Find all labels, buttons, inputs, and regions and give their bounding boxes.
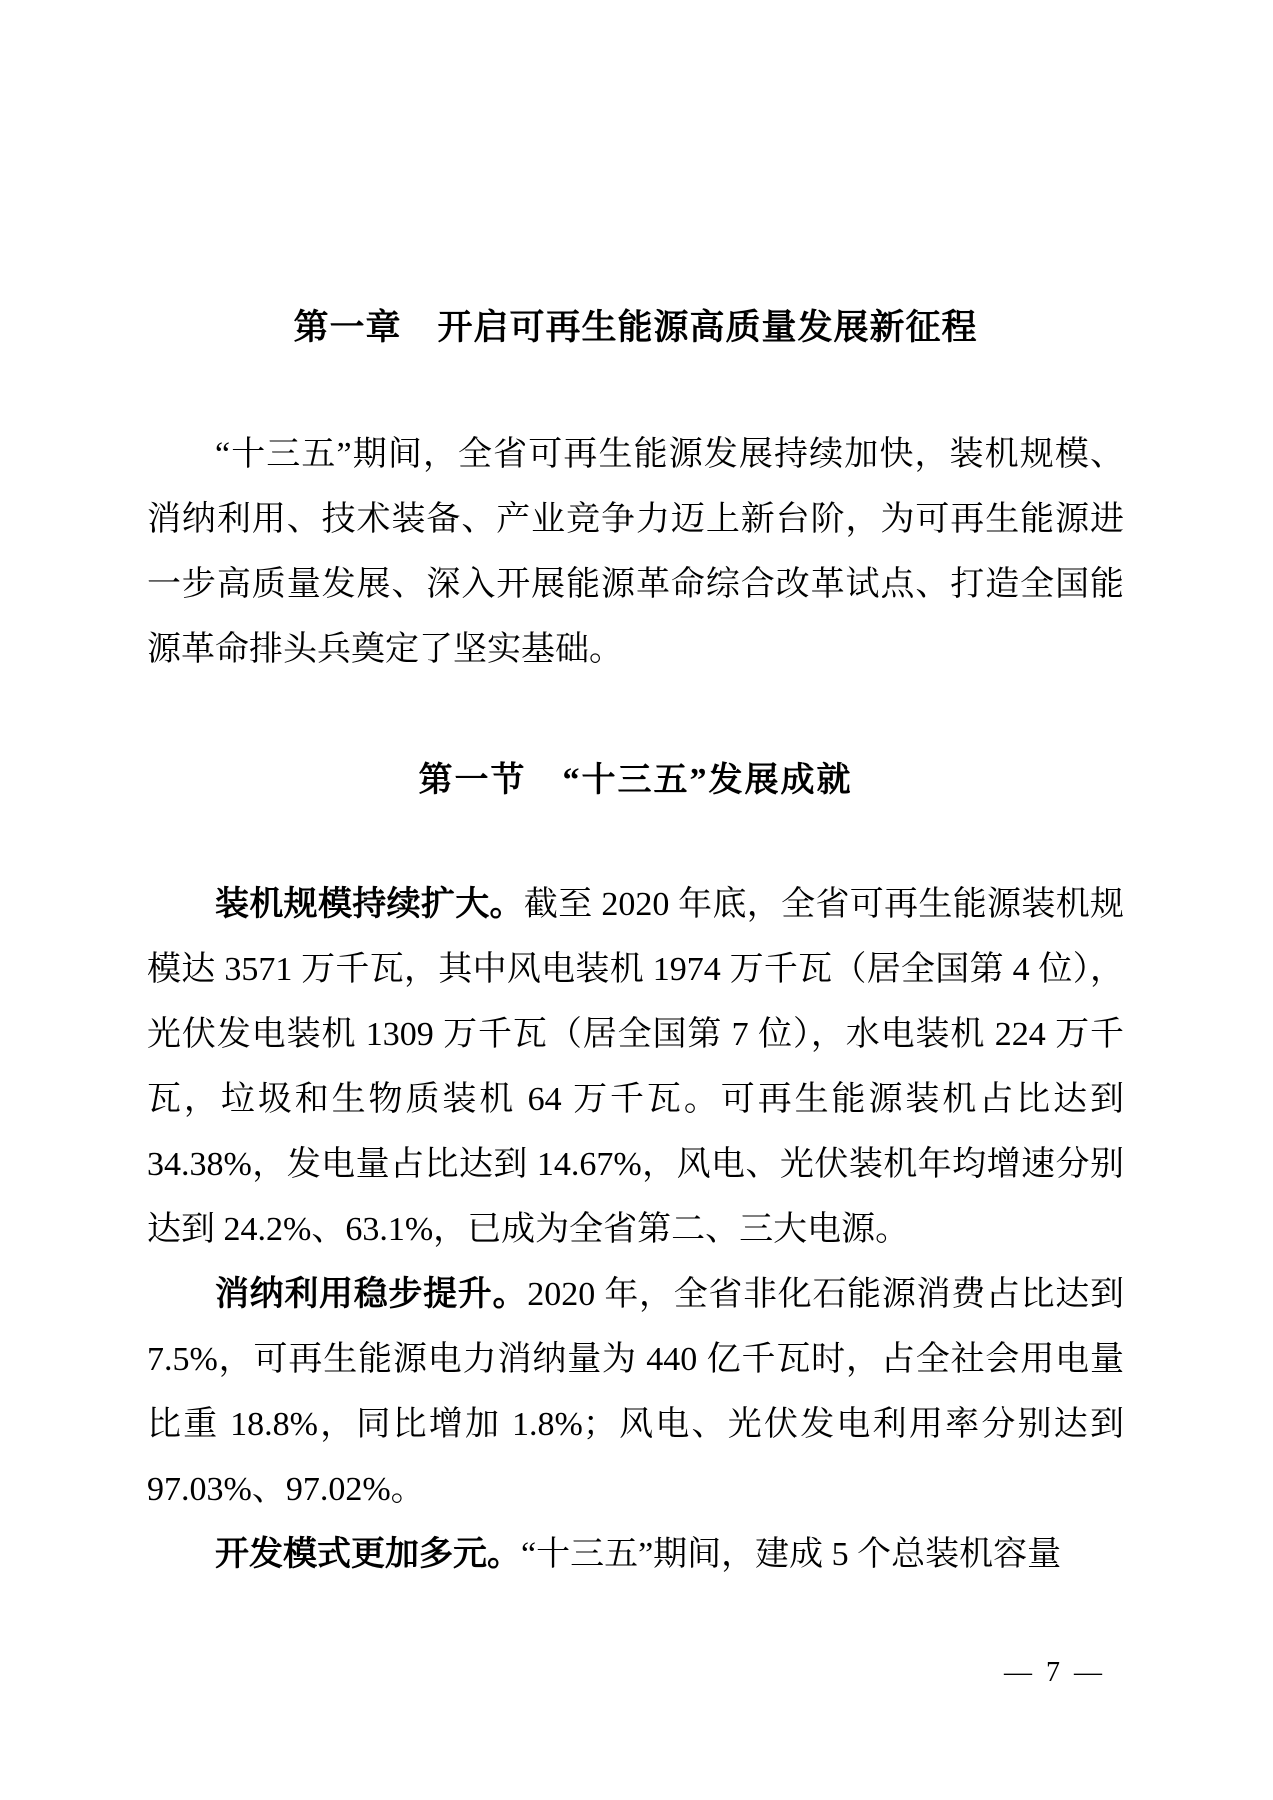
paragraph-lead: 开发模式更加多元。 [215,1535,521,1573]
paragraph-installed-capacity: 装机规模持续扩大。截至 2020 年底，全省可再生能源装机规模达 3571 万千… [147,872,1124,1262]
chapter-title: 第一章 开启可再生能源高质量发展新征程 [147,303,1124,353]
paragraph-text: “十三五”期间，建成 5 个总装机容量 [521,1536,1061,1573]
document-page: 第一章 开启可再生能源高质量发展新征程 “十三五”期间，全省可再生能源发展持续加… [0,0,1273,1800]
intro-paragraph: “十三五”期间，全省可再生能源发展持续加快，装机规模、消纳利用、技术装备、产业竞… [147,422,1124,682]
paragraph-lead: 装机规模持续扩大。 [215,885,524,923]
body-paragraphs: 装机规模持续扩大。截至 2020 年底，全省可再生能源装机规模达 3571 万千… [147,872,1124,1587]
page-number: 7 [1032,1657,1074,1688]
section-title: 第一节 “十三五”发展成就 [147,756,1124,806]
paragraph-lead: 消纳利用稳步提升。 [215,1275,527,1313]
paragraph-text: 截至 2020 年底，全省可再生能源装机规模达 3571 万千瓦，其中风电装机 … [147,886,1124,1248]
page-footer: —7— [1004,1653,1102,1693]
paragraph-development-model: 开发模式更加多元。“十三五”期间，建成 5 个总装机容量 [147,1522,1124,1587]
paragraph-consumption: 消纳利用稳步提升。2020 年，全省非化石能源消费占比达到 7.5%，可再生能源… [147,1262,1124,1522]
footer-dash-right: — [1074,1657,1102,1688]
footer-dash-left: — [1004,1657,1032,1688]
